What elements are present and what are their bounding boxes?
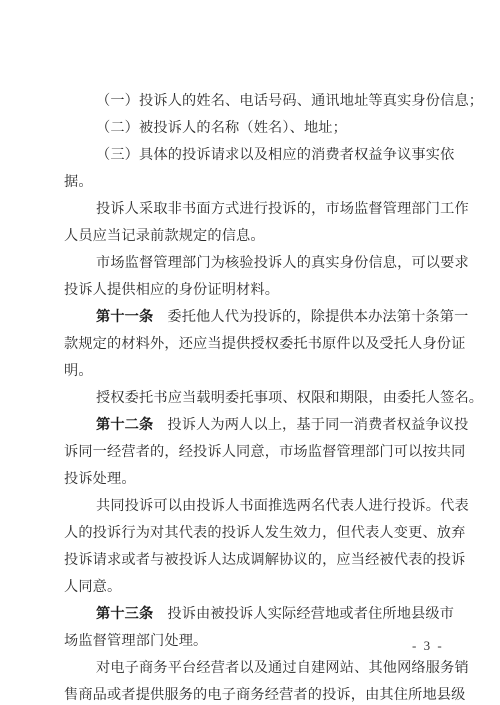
article-title: 第十三条: [96, 606, 153, 622]
text-line: 授权委托书应当载明委托事项、权限和期限，由委托人签名。: [64, 385, 437, 412]
text-line: 对电子商务平台经营者以及通过自建网站、其他网络服务销: [64, 655, 437, 682]
text-line: 据。: [64, 169, 437, 196]
text-line: 共同投诉可以由投诉人书面推选两名代表人进行投诉。代表: [64, 493, 437, 520]
text-line: 投诉处理。: [64, 466, 437, 493]
text-line: 人员应当记录前款规定的信息。: [64, 223, 437, 250]
text-line: 投诉请求或者与被投诉人达成调解协议的，应当经被代表的投诉: [64, 547, 437, 574]
text-line: 款规定的材料外，还应当提供授权委托书原件以及受托人身份证: [64, 331, 437, 358]
text-line: 市场监督管理部门为核验投诉人的真实身份信息，可以要求: [64, 250, 437, 277]
text-line: 诉同一经营者的，经投诉人同意，市场监督管理部门可以按共同: [64, 439, 437, 466]
article-11-heading-line: 第十一条委托他人代为投诉的，除提供本办法第十条第一: [64, 304, 437, 331]
text-line: （一）投诉人的姓名、电话号码、通讯地址等真实身份信息；: [64, 88, 437, 115]
article-12-heading-line: 第十二条投诉人为两人以上，基于同一消费者权益争议投: [64, 412, 437, 439]
text-line: （二）被投诉人的名称（姓名）、地址；: [64, 115, 437, 142]
text-line: 场监督管理部门处理。: [64, 628, 437, 655]
article-title: 第十一条: [96, 309, 153, 325]
article-13-heading-line: 第十三条投诉由被投诉人实际经营地或者住所地县级市: [64, 601, 437, 628]
text-line: 投诉人提供相应的身份证明材料。: [64, 277, 437, 304]
document-page: （一）投诉人的姓名、电话号码、通讯地址等真实身份信息； （二）被投诉人的名称（姓…: [64, 88, 437, 705]
text-line: 投诉人采取非书面方式进行投诉的，市场监督管理部门工作: [64, 196, 437, 223]
article-title: 第十二条: [96, 417, 153, 433]
text-line: 人同意。: [64, 574, 437, 601]
text-line: （三）具体的投诉请求以及相应的消费者权益争议事实依: [64, 142, 437, 169]
text-line: 人的投诉行为对其代表的投诉人发生效力，但代表人变更、放弃: [64, 520, 437, 547]
text-line: 明。: [64, 358, 437, 385]
text-line: 售商品或者提供服务的电子商务经营者的投诉，由其住所地县级: [64, 682, 437, 705]
page-number: - 3 -: [412, 638, 444, 654]
